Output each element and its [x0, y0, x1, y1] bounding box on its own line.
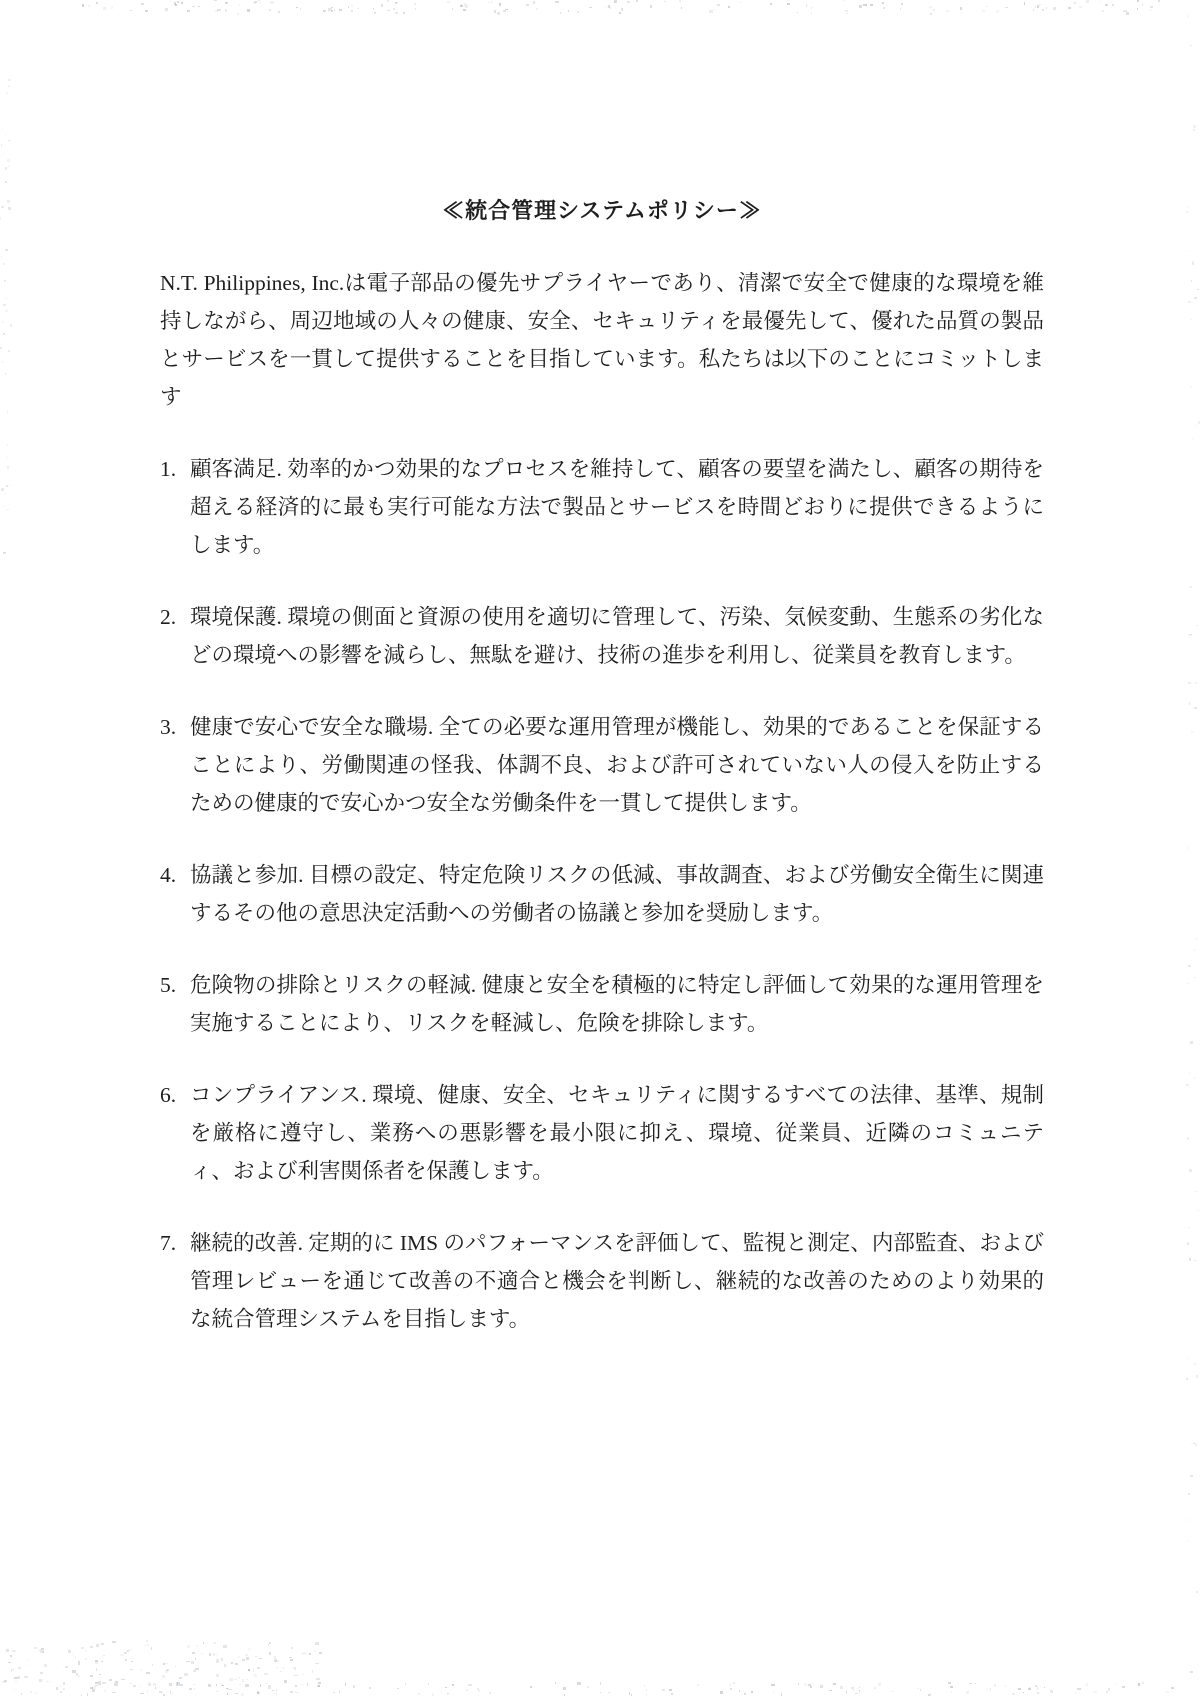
item-number: 5. [160, 966, 188, 1004]
policy-item-2: 2. 環境保護. 環境の側面と資源の使用を適切に管理して、汚染、気候変動、生態系… [160, 598, 1044, 674]
document-page: ≪統合管理システムポリシー≫ N.T. Philippines, Inc.は電子… [0, 0, 1200, 1696]
item-number: 1. [160, 450, 188, 488]
item-text: 協議と参加. 目標の設定、特定危険リスクの低減、事故調査、および労働安全衛生に関… [190, 856, 1044, 932]
item-number: 2. [160, 598, 188, 636]
policy-item-6: 6. コンプライアンス. 環境、健康、安全、セキュリティに関するすべての法律、基… [160, 1076, 1044, 1190]
policy-item-4: 4. 協議と参加. 目標の設定、特定危険リスクの低減、事故調査、および労働安全衛… [160, 856, 1044, 932]
policy-item-3: 3. 健康で安心で安全な職場. 全ての必要な運用管理が機能し、効果的であることを… [160, 708, 1044, 822]
document-content: ≪統合管理システムポリシー≫ N.T. Philippines, Inc.は電子… [160, 0, 1044, 1372]
item-text: 環境保護. 環境の側面と資源の使用を適切に管理して、汚染、気候変動、生態系の劣化… [190, 598, 1044, 674]
item-text: 顧客満足. 効率的かつ効果的なプロセスを維持して、顧客の要望を満たし、顧客の期待… [190, 450, 1044, 564]
item-text: 危険物の排除とリスクの軽減. 健康と安全を積極的に特定し評価して効果的な運用管理… [190, 966, 1044, 1042]
policy-item-7: 7. 継続的改善. 定期的に IMS のパフォーマンスを評価して、監視と測定、内… [160, 1224, 1044, 1338]
intro-paragraph: N.T. Philippines, Inc.は電子部品の優先サプライヤーであり、… [160, 264, 1044, 416]
item-text: 健康で安心で安全な職場. 全ての必要な運用管理が機能し、効果的であることを保証す… [190, 708, 1044, 822]
item-number: 7. [160, 1224, 188, 1262]
page-title: ≪統合管理システムポリシー≫ [160, 0, 1044, 226]
item-number: 6. [160, 1076, 188, 1114]
item-text: コンプライアンス. 環境、健康、安全、セキュリティに関するすべての法律、基準、規… [190, 1076, 1044, 1190]
policy-list: 1. 顧客満足. 効率的かつ効果的なプロセスを維持して、顧客の要望を満たし、顧客… [160, 450, 1044, 1338]
policy-item-5: 5. 危険物の排除とリスクの軽減. 健康と安全を積極的に特定し評価して効果的な運… [160, 966, 1044, 1042]
item-text: 継続的改善. 定期的に IMS のパフォーマンスを評価して、監視と測定、内部監査… [190, 1224, 1044, 1338]
item-number: 4. [160, 856, 188, 894]
item-number: 3. [160, 708, 188, 746]
policy-item-1: 1. 顧客満足. 効率的かつ効果的なプロセスを維持して、顧客の要望を満たし、顧客… [160, 450, 1044, 564]
